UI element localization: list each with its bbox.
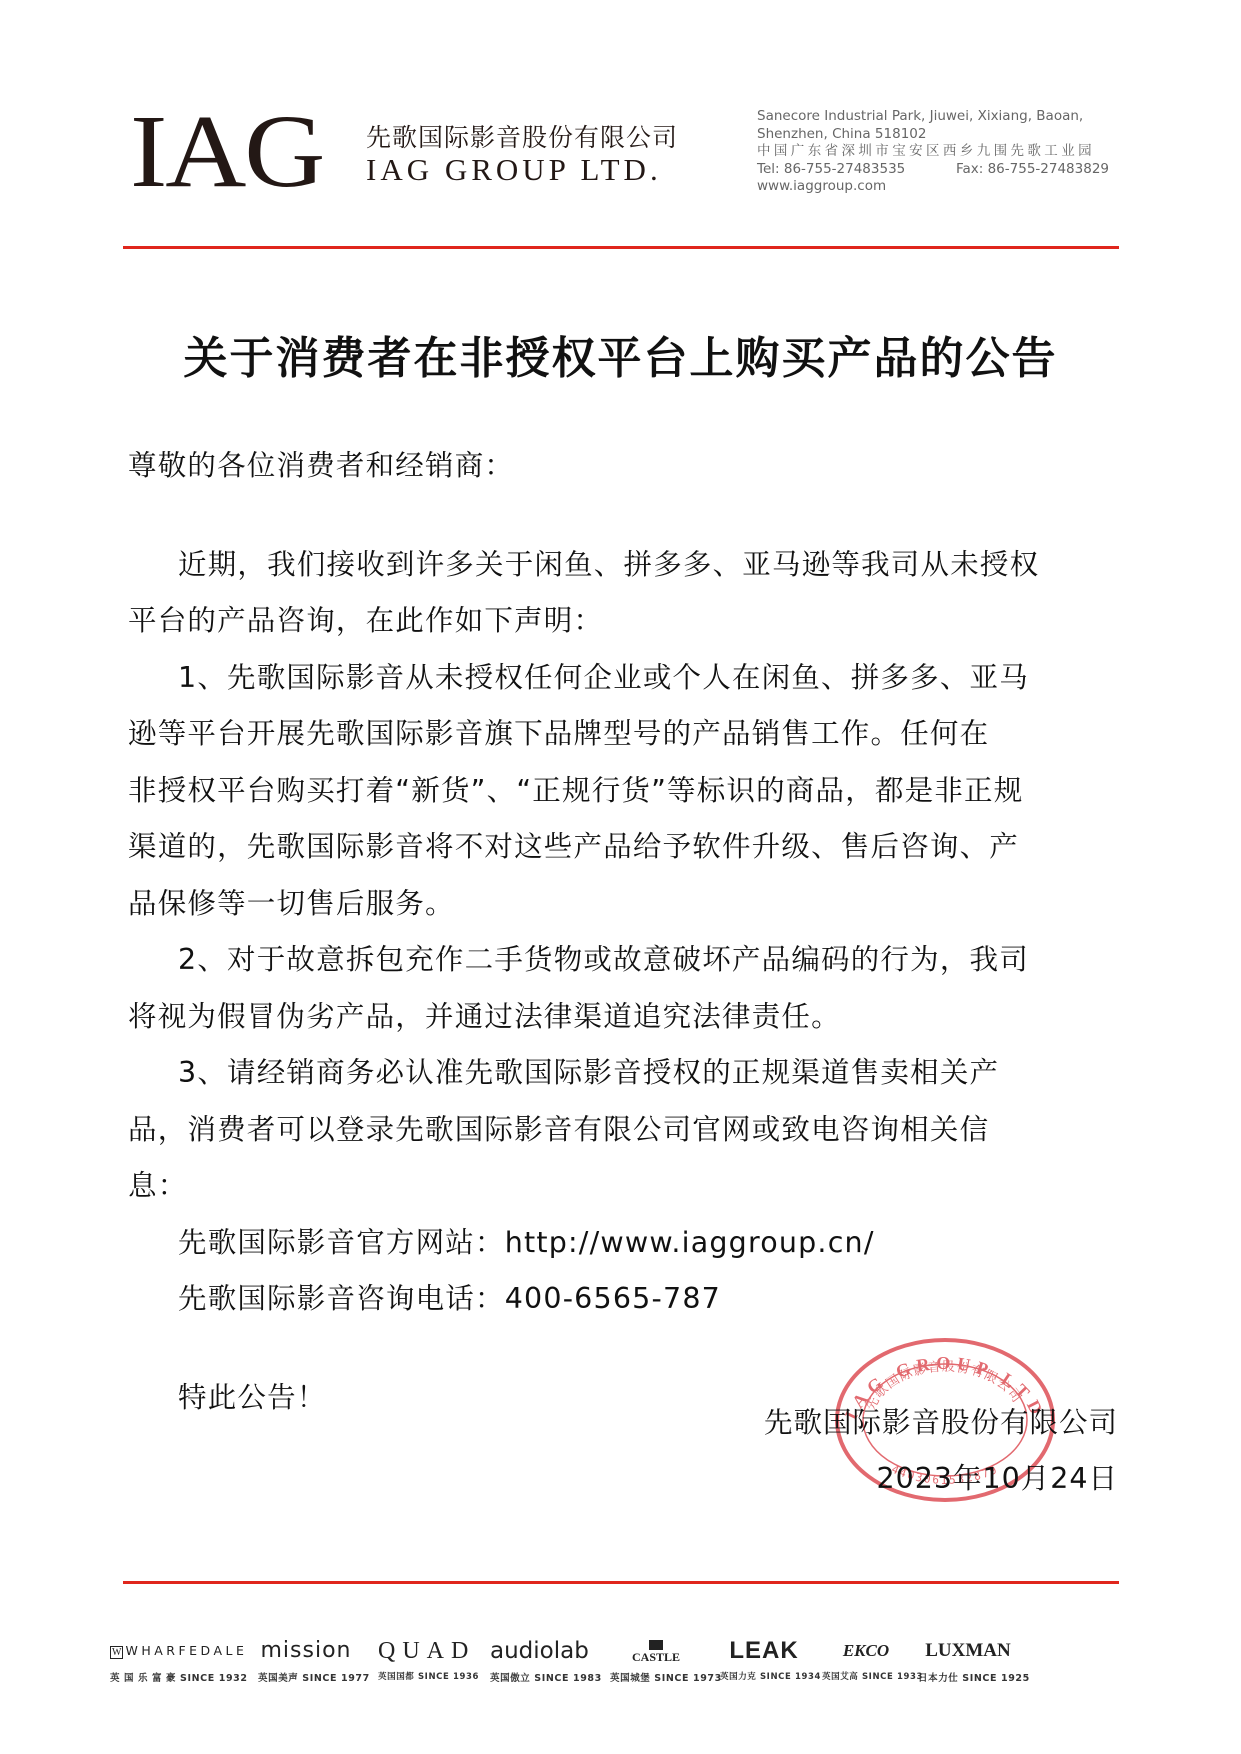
text-line: 品保修等一切售后服务。 [128,876,1118,933]
header-divider [123,246,1119,249]
signature-date: 2023年10月24日 [764,1451,1118,1507]
item-2-paragraph: 2、对于故意拆包充作二手货物或故意破坏产品编码的行为，我司 将视为假冒伪劣产品，… [128,932,1118,1045]
leak-logo: LEAK [720,1636,808,1666]
castle-logo: CASTLE [610,1636,702,1666]
item-3-paragraph: 3、请经销商务必认准先歌国际影音授权的正规渠道售卖相关产 品，消费者可以登录先歌… [128,1045,1118,1215]
company-name-en: IAG GROUP LTD. [366,152,662,188]
hotline-line: 先歌国际影音咨询电话：400-6565-787 [128,1271,1118,1328]
text-line: 渠道的，先歌国际影音将不对这些产品给予软件升级、售后咨询、产 [128,819,1118,876]
official-website-line: 先歌国际影音官方网站：http://www.iaggroup.cn/ [128,1215,1118,1272]
text-line: 逊等平台开展先歌国际影音旗下品牌型号的产品销售工作。任何在 [128,706,1118,763]
brand-footer: WWHARFEDALE 英 国 乐 富 豪 SINCE 1932 mission… [110,1636,1130,1706]
castle-tower-icon [649,1640,663,1650]
address-en-line1: Sanecore Industrial Park, Jiuwei, Xixian… [757,108,1109,126]
text-line: 近期，我们接收到许多关于闲鱼、拼多多、亚马逊等我司从未授权 [128,537,1118,594]
text-line: 平台的产品咨询，在此作如下声明： [128,593,1118,650]
wharfedale-logo: WWHARFEDALE [110,1636,235,1666]
footer-divider [123,1581,1119,1584]
brand-ekco: EKCO 英国艾高 SINCE 1933 [822,1636,910,1682]
signature-company: 先歌国际影音股份有限公司 [764,1395,1118,1451]
official-website-link[interactable]: http://www.iaggroup.cn/ [505,1226,875,1259]
ekco-logo: EKCO [822,1636,910,1666]
mission-logo: mission [258,1636,354,1666]
tel-fax-row: Tel: 86-755-27483535 Fax: 86-755-2748382… [757,161,1109,179]
iag-logo: IAG [130,100,323,204]
text-line: 品，消费者可以登录先歌国际影音有限公司官网或致电咨询相关信 [128,1102,1118,1159]
text-line: 1、先歌国际影音从未授权任何企业或个人在闲鱼、拼多多、亚马 [128,650,1118,707]
brand-luxman: LUXMAN 日本力仕 SINCE 1925 [918,1636,1018,1684]
brand-castle: CASTLE 英国城堡 SINCE 1973 [610,1636,702,1684]
page-title: 关于消费者在非授权平台上购买产品的公告 [0,322,1241,386]
text-line: 息： [128,1158,1118,1215]
brand-mission: mission 英国美声 SINCE 1977 [258,1636,354,1684]
fax-number: Fax: 86-755-27483829 [956,161,1109,179]
signature-block: 先歌国际影音股份有限公司 2023年10月24日 [764,1395,1118,1507]
audiolab-logo: audiolab [490,1636,586,1666]
address-cn: 中国广东省深圳市宝安区西乡九围先歌工业园 [757,143,1109,161]
phone-label: 先歌国际影音咨询电话： [178,1282,505,1315]
website-label: 先歌国际影音官方网站： [178,1226,505,1259]
website-link[interactable]: www.iaggroup.com [757,178,1109,196]
address-en-line2: Shenzhen, China 518102 [757,126,1109,144]
brand-quad: QUAD 英国国都 SINCE 1936 [378,1636,470,1682]
brand-audiolab: audiolab 英国傲立 SINCE 1983 [490,1636,586,1684]
intro-paragraph: 近期，我们接收到许多关于闲鱼、拼多多、亚马逊等我司从未授权 平台的产品咨询，在此… [128,537,1118,650]
text-line: 将视为假冒伪劣产品，并通过法律渠道追究法律责任。 [128,989,1118,1046]
text-line: 3、请经销商务必认准先歌国际影音授权的正规渠道售卖相关产 [128,1045,1118,1102]
company-name-cn: 先歌国际影音股份有限公司 [366,118,678,154]
announcement-body: 尊敬的各位消费者和经销商： 近期，我们接收到许多关于闲鱼、拼多多、亚马逊等我司从… [128,438,1118,1426]
tel-number: Tel: 86-755-27483535 [757,161,905,179]
text-line: 非授权平台购买打着“新货”、“正规行货”等标识的商品，都是非正规 [128,763,1118,820]
item-1-paragraph: 1、先歌国际影音从未授权任何企业或个人在闲鱼、拼多多、亚马 逊等平台开展先歌国际… [128,650,1118,933]
text-line: 2、对于故意拆包充作二手货物或故意破坏产品编码的行为，我司 [128,932,1118,989]
wharfedale-w-badge-icon: W [110,1646,123,1659]
luxman-logo: LUXMAN [918,1636,1018,1666]
brand-leak: LEAK 英国力克 SINCE 1934 [720,1636,808,1682]
greeting: 尊敬的各位消费者和经销商： [128,438,1118,495]
contact-block: Sanecore Industrial Park, Jiuwei, Xixian… [757,108,1109,196]
hotline-number: 400-6565-787 [505,1282,721,1315]
quad-logo: QUAD [378,1636,470,1666]
brand-wharfedale: WWHARFEDALE 英 国 乐 富 豪 SINCE 1932 [110,1636,235,1684]
